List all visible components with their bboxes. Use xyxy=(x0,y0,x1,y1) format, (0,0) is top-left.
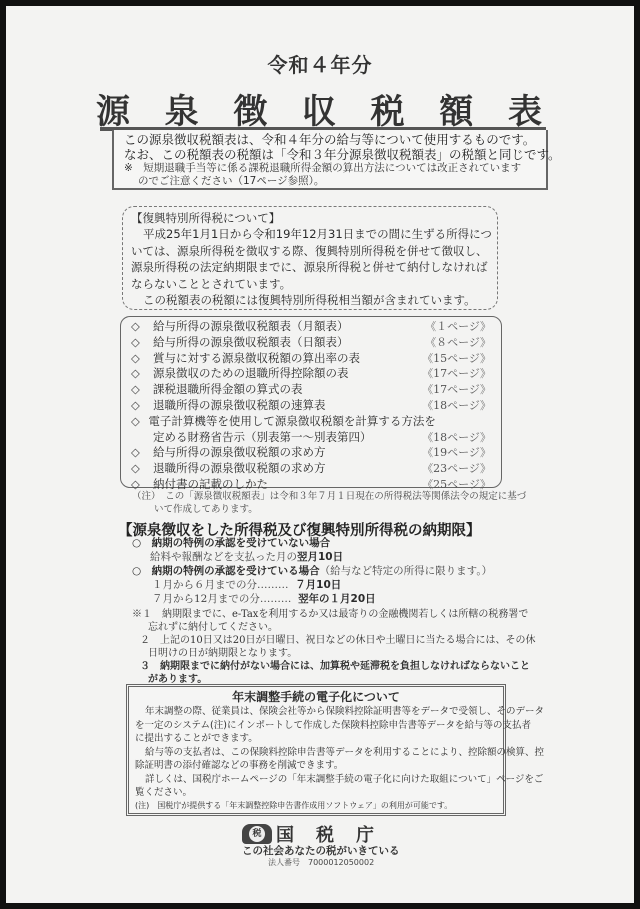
page-ref: 《19ページ》 xyxy=(421,445,491,461)
diamond-bullet-icon: ◇ xyxy=(131,382,153,398)
notice-line: ※ 短期退職手当等に係る課税退職所得金額の算出方法については改正されています xyxy=(124,162,546,175)
page-ref: 《１ページ》 xyxy=(421,319,491,335)
notice-line: この源泉徴収税額表は、令和４年分の給与等について使用するものです。 xyxy=(124,132,546,147)
title-char: 表 xyxy=(508,84,542,133)
deadline-case1-detail: 給料や報酬などを支払った月の翌月10日 xyxy=(150,550,343,564)
paragraph-line: 年末調整の際、従業員は、保険会社等から保険料控除証明書等をデータで受領し、そのデ… xyxy=(135,705,497,719)
footnote-line: ※１ 納期限までに、e-Taxを利用するか又は最寄りの金融機関若しくは所轄の税務… xyxy=(132,608,528,622)
reconstruction-tax-box: 【復興特別所得税について】 平成25年1月1日から令和19年12月31日までの間… xyxy=(122,206,498,310)
toc-item[interactable]: ◇給与所得の源泉徴収税額表（日額表）《８ページ》 xyxy=(131,335,491,351)
deadline-case1-title: ○ 納期の特例の承認を受けていない場合 xyxy=(132,536,330,550)
paragraph-line: 詳しくは、国税庁ホームページの「年末調整手続の電子化に向けた取組について」ページ… xyxy=(135,773,497,787)
toc-item[interactable]: ◇給与所得の源泉徴収税額の求め方《19ページ》 xyxy=(131,445,491,461)
deadline-case2-row2: ７月から12月までの分……… 翌年の１月20日 xyxy=(152,592,376,606)
toc-item[interactable]: ◇退職所得の源泉徴収税額の速算表《18ページ》 xyxy=(131,398,491,414)
paragraph-line: 覧ください。 xyxy=(135,786,497,800)
title-char: 収 xyxy=(302,84,336,133)
toc-item[interactable]: ◇給与所得の源泉徴収税額表（月額表）《１ページ》 xyxy=(131,319,491,335)
toc-item[interactable]: ◇賞与に対する源泉徴収税額の算出率の表《15ページ》 xyxy=(131,351,491,367)
toc-item[interactable]: ◇退職所得の源泉徴収税額の求め方《23ページ》 xyxy=(131,461,491,477)
nta-emblem-icon: 税 xyxy=(242,824,272,844)
document-subtitle: 令和４年分 xyxy=(0,49,640,78)
paragraph-line: 除証明書の添付確認などの事務を削減できます。 xyxy=(135,759,497,773)
diamond-bullet-icon: ◇ xyxy=(131,445,153,461)
paragraph-line: 給与等の支払者は、この保険料控除申告書等データを利用することにより、控除額の検算… xyxy=(135,746,497,760)
title-char: 徴 xyxy=(233,84,267,133)
reconstruction-tax-heading: 【復興特別所得税について】 xyxy=(131,210,489,226)
page-ref: 《23ページ》 xyxy=(421,461,491,477)
toc-note: （注） この「源泉徴収税額表」は令和３年７月１日現在の所得税法等関係法令の規定に… xyxy=(132,490,526,516)
footnote-line: 忘れずに納付してください。 xyxy=(148,621,278,635)
paragraph-line: 平成25年1月1日から令和19年12月31日までの間に生ずる所得につ xyxy=(131,226,489,243)
year-end-adjustment-heading: 年末調整手続の電子化について xyxy=(135,689,497,705)
page-ref: 《８ページ》 xyxy=(421,335,491,351)
paragraph-line: に提出することができます。 xyxy=(135,732,497,746)
footnote-line: 日明けの日が納期限となります。 xyxy=(148,647,297,661)
year-end-adjustment-content: 年末調整手続の電子化について 年末調整の際、従業員は、保険会社等から保険料控除証… xyxy=(126,684,506,816)
title-char: 税 xyxy=(371,84,405,133)
diamond-bullet-icon: ◇ xyxy=(131,351,153,367)
page-ref: 《15ページ》 xyxy=(421,351,491,367)
deadline-case2-title: ○ 納期の特例の承認を受けている場合（給与など特定の所得に限ります。） xyxy=(132,564,492,578)
page-ref: 《17ページ》 xyxy=(421,366,491,382)
page-ref: 《18ページ》 xyxy=(421,430,491,446)
table-of-contents: ◇給与所得の源泉徴収税額表（月額表）《１ページ》 ◇給与所得の源泉徴収税額表（日… xyxy=(120,316,502,488)
toc-item[interactable]: ◇課税退職所得金額の算式の表《17ページ》 xyxy=(131,382,491,398)
diamond-bullet-icon: ◇ xyxy=(131,366,153,382)
document-title: 源 泉 徴 収 税 額 表 xyxy=(96,84,542,133)
corporate-number: 法人番号 7000012050002 xyxy=(268,857,374,868)
diamond-bullet-icon: ◇ xyxy=(131,335,153,351)
title-char: 泉 xyxy=(165,84,199,133)
paragraph-line: 源泉所得税の法定納期限までに、源泉所得税と併せて納付しなければ xyxy=(131,259,489,276)
toc-item[interactable]: ◇源泉徴収のための退職所得控除額の表《17ページ》 xyxy=(131,366,491,382)
deadline-case2-row1: １月から６月までの分……… ７月10日 xyxy=(152,578,341,592)
footnote-line: ２ 上記の10日又は20日が日曜日、祝日などの休日や土曜日に当たる場合には、その… xyxy=(140,634,535,648)
toc-item-continuation[interactable]: 定める財務省告示（別表第一～別表第四）《18ページ》 xyxy=(131,430,491,446)
page-ref xyxy=(436,414,491,430)
year-end-adjustment-note: (注) 国税庁が提供する「年末調整控除申告書作成用ソフトウェア」の利用が可能です… xyxy=(135,800,497,812)
diamond-bullet-icon: ◇ xyxy=(131,461,153,477)
diamond-bullet-icon: ◇ xyxy=(131,319,153,335)
diamond-bullet-icon: ◇ xyxy=(131,414,148,430)
title-char: 額 xyxy=(439,84,473,133)
note-line: いて作成してあります。 xyxy=(132,503,526,516)
notice-line: のでご注意ください（17ページ参照）。 xyxy=(124,175,546,188)
toc-item[interactable]: ◇電子計算機等を使用して源泉徴収税額を計算する方法を xyxy=(131,414,491,430)
agency-slogan: この社会あなたの税がいきている xyxy=(242,843,400,858)
title-char: 源 xyxy=(96,84,130,133)
page-ref: 《17ページ》 xyxy=(421,382,491,398)
notice-line: なお、この税額表の税額は「令和３年分源泉徴収税額表」の税額と同じです。 xyxy=(124,147,546,162)
page-ref: 《18ページ》 xyxy=(421,398,491,414)
paragraph-line: を一定のシステム(注)にインポートして作成した保険料控除申告書等データを給与等の… xyxy=(135,719,497,733)
paragraph-line: この税額表の税額には復興特別所得税相当額が含まれています。 xyxy=(131,292,489,309)
diamond-bullet-icon: ◇ xyxy=(131,398,153,414)
paragraph-line: いては、源泉所得税を徴収する際、復興特別所得税を併せて徴収し、 xyxy=(131,243,489,260)
note-line: （注） この「源泉徴収税額表」は令和３年７月１日現在の所得税法等関係法令の規定に… xyxy=(132,490,526,503)
usage-notice-box: この源泉徴収税額表は、令和４年分の給与等について使用するものです。 なお、この税… xyxy=(112,130,548,190)
footnote-line: ３ 納期限までに納付がない場合には、加算税や延滞税を負担しなければならないこと xyxy=(140,660,530,674)
paragraph-line: ならないこととされています。 xyxy=(131,276,489,293)
